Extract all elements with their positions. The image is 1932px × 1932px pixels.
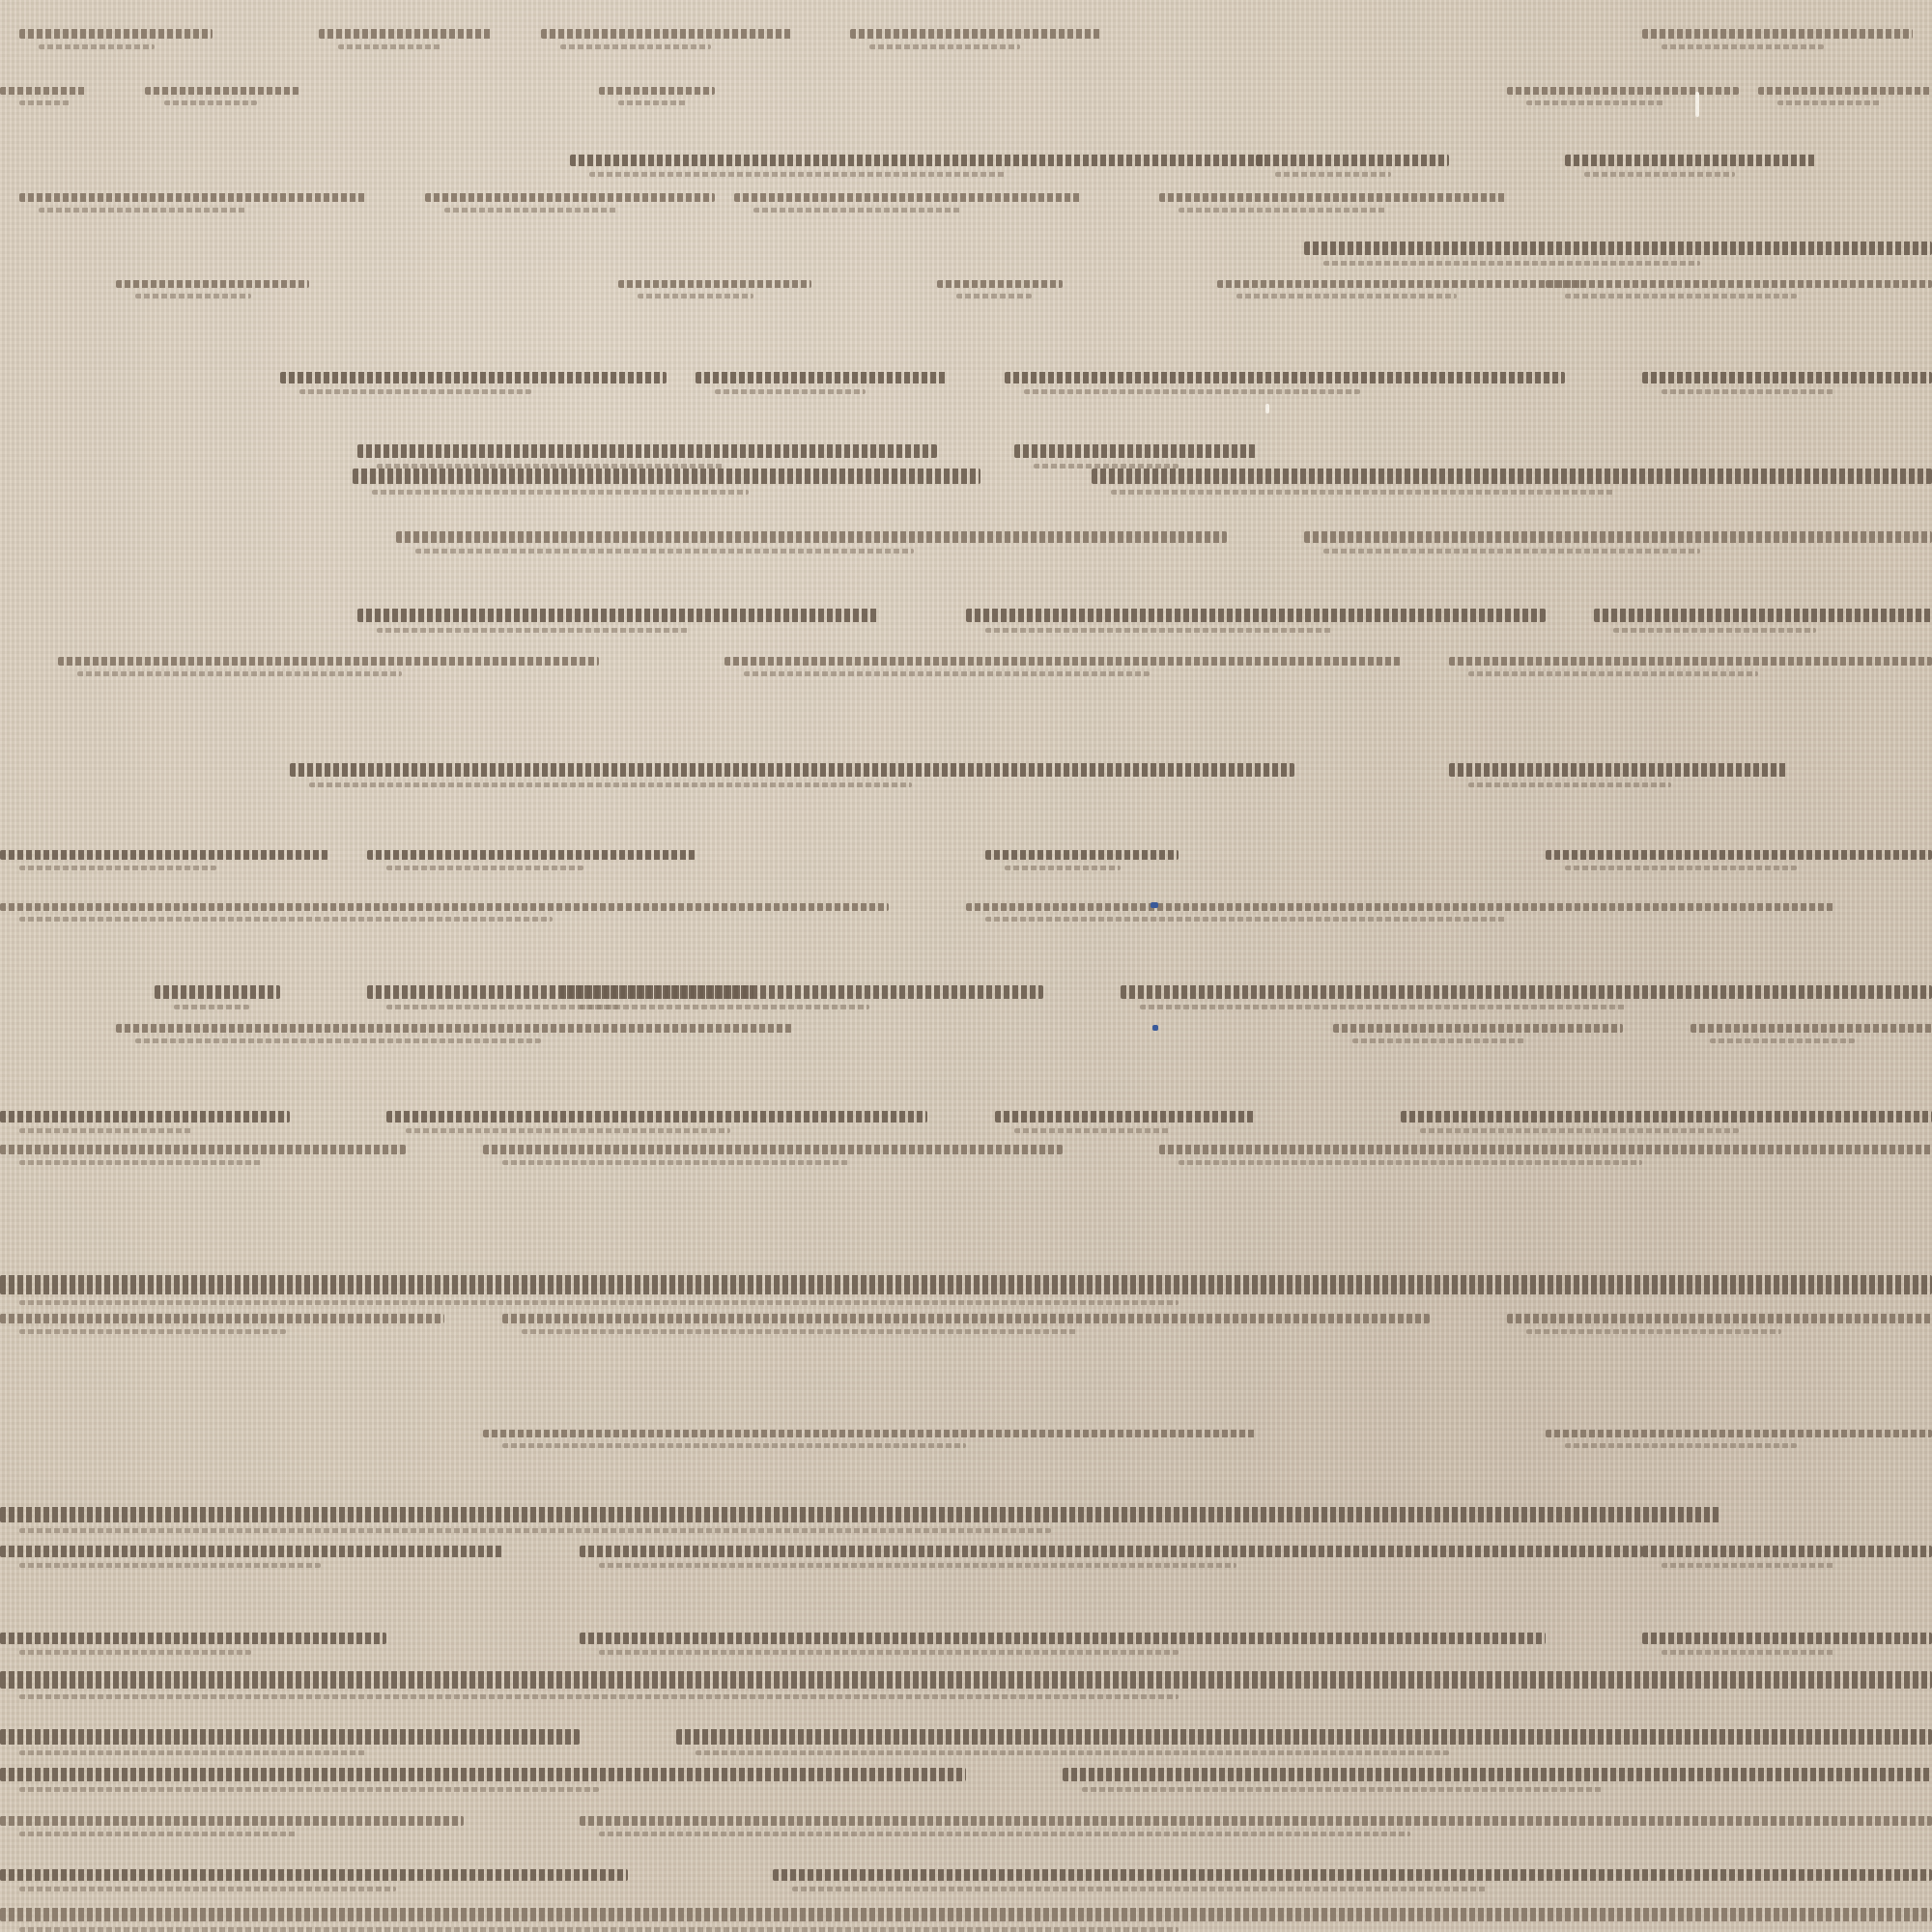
- pattern-streak-fringe: [599, 1650, 1179, 1655]
- pattern-streak: [1159, 1145, 1932, 1154]
- white-fiber-fleck: [1265, 404, 1269, 413]
- pattern-streak-fringe: [1111, 490, 1615, 495]
- pattern-streak-fringe: [1777, 100, 1882, 105]
- pattern-streak-fringe: [39, 44, 155, 49]
- pattern-streak-fringe: [1526, 100, 1665, 105]
- pattern-streak-fringe: [135, 294, 251, 298]
- pattern-streak: [1256, 155, 1449, 166]
- pattern-streak-fringe: [19, 1927, 1179, 1932]
- pattern-streak-fringe: [77, 671, 402, 676]
- pattern-streak: [1546, 1430, 1932, 1437]
- pattern-streak-fringe: [1526, 1329, 1781, 1334]
- pattern-streak: [483, 1430, 1256, 1437]
- pattern-streak: [1758, 87, 1932, 95]
- pattern-streak-fringe: [19, 100, 71, 105]
- pattern-streak-fringe: [19, 1694, 1179, 1699]
- pattern-streak-fringe: [985, 917, 1507, 922]
- pattern-streak-fringe: [1179, 1160, 1642, 1165]
- pattern-streak: [116, 1024, 792, 1033]
- pattern-streak-fringe: [985, 628, 1333, 633]
- pattern-streak: [1507, 1314, 1932, 1323]
- pattern-streak-fringe: [715, 389, 866, 394]
- pattern-streak: [0, 1908, 1932, 1921]
- pattern-streak-fringe: [338, 44, 442, 49]
- pattern-streak: [0, 1314, 444, 1323]
- pattern-streak-fringe: [1565, 294, 1797, 298]
- pattern-streak: [599, 87, 715, 95]
- pattern-streak: [724, 657, 1401, 666]
- pattern-streak-fringe: [39, 208, 247, 213]
- pattern-streak: [676, 1729, 1932, 1745]
- pattern-streak: [966, 609, 1546, 622]
- pattern-streak: [0, 1729, 580, 1745]
- pattern-streak: [580, 1633, 1546, 1644]
- pattern-streak-fringe: [869, 44, 1020, 49]
- pattern-streak: [1304, 531, 1932, 543]
- blue-fiber-fleck: [1152, 1025, 1158, 1031]
- pattern-streak: [1217, 280, 1584, 288]
- pattern-streak-fringe: [1662, 389, 1835, 394]
- pattern-streak: [580, 1816, 1932, 1826]
- pattern-streak: [116, 280, 309, 288]
- pattern-streak-fringe: [299, 389, 531, 394]
- pattern-streak-fringe: [19, 1750, 367, 1755]
- pattern-streak-fringe: [19, 1832, 298, 1836]
- pattern-streak-fringe: [19, 1528, 1051, 1533]
- pattern-streak: [1594, 609, 1932, 622]
- pattern-streak: [1690, 1024, 1932, 1033]
- pattern-streak: [0, 1816, 464, 1826]
- pattern-streak: [0, 1671, 1932, 1689]
- pattern-streak: [1005, 372, 1565, 384]
- pattern-streak-fringe: [406, 1128, 730, 1133]
- pattern-streak-fringe: [1179, 208, 1387, 213]
- pattern-streak: [0, 1768, 966, 1781]
- pattern-streak: [1401, 1111, 1932, 1122]
- pattern-streak: [0, 87, 87, 95]
- rug-pattern: [0, 0, 1932, 1932]
- pattern-streak: [396, 531, 1227, 543]
- pattern-streak-fringe: [377, 628, 690, 633]
- pattern-streak-fringe: [696, 1750, 1449, 1755]
- pattern-streak: [1565, 155, 1816, 166]
- pattern-streak: [1642, 29, 1913, 39]
- pattern-streak: [1449, 657, 1932, 666]
- pattern-streak: [773, 1869, 1932, 1881]
- pattern-streak-fringe: [580, 1005, 869, 1009]
- pattern-streak-fringe: [1140, 1005, 1627, 1009]
- pattern-streak-fringe: [19, 1128, 193, 1133]
- pattern-streak: [1063, 1768, 1932, 1781]
- pattern-streak: [560, 985, 1043, 999]
- pattern-streak: [696, 372, 947, 384]
- pattern-streak-fringe: [792, 1887, 1488, 1891]
- pattern-streak: [386, 1111, 927, 1122]
- pattern-streak: [0, 1111, 290, 1122]
- pattern-streak: [0, 1869, 628, 1881]
- pattern-streak-fringe: [309, 782, 912, 787]
- pattern-streak-fringe: [502, 1443, 966, 1448]
- pattern-streak: [1014, 444, 1256, 458]
- pattern-streak-fringe: [744, 671, 1150, 676]
- pattern-streak-fringe: [1323, 549, 1700, 554]
- pattern-streak-fringe: [522, 1329, 1078, 1334]
- pattern-streak-fringe: [956, 294, 1032, 298]
- pattern-streak-fringe: [1082, 1787, 1604, 1792]
- pattern-streak: [541, 29, 792, 39]
- blue-fiber-fleck: [1151, 902, 1158, 908]
- pattern-streak-fringe: [599, 1832, 1410, 1836]
- pattern-streak-fringe: [1662, 44, 1824, 49]
- pattern-streak-fringe: [19, 866, 216, 870]
- pattern-streak-fringe: [1710, 1038, 1855, 1043]
- pattern-streak: [1092, 469, 1932, 484]
- pattern-streak-fringe: [19, 1300, 1179, 1305]
- pattern-streak: [502, 1314, 1430, 1323]
- pattern-streak: [985, 850, 1179, 860]
- pattern-streak-fringe: [19, 1563, 321, 1568]
- pattern-streak-fringe: [386, 866, 583, 870]
- pattern-streak: [0, 1633, 386, 1644]
- pattern-streak-fringe: [638, 294, 753, 298]
- pattern-streak: [937, 280, 1063, 288]
- pattern-streak-fringe: [1014, 1128, 1171, 1133]
- pattern-streak-fringe: [1420, 1128, 1739, 1133]
- pattern-streak: [1159, 193, 1507, 202]
- pattern-streak: [280, 372, 667, 384]
- pattern-streak-fringe: [1275, 172, 1391, 177]
- pattern-streak: [357, 444, 937, 458]
- pattern-streak-fringe: [1565, 866, 1797, 870]
- pattern-streak: [58, 657, 599, 666]
- pattern-streak-fringe: [753, 208, 962, 213]
- pattern-streak-fringe: [1323, 261, 1700, 266]
- pattern-streak-fringe: [19, 917, 553, 922]
- pattern-streak-fringe: [372, 490, 749, 495]
- pattern-streak: [966, 903, 1835, 911]
- pattern-streak-fringe: [19, 1650, 251, 1655]
- pattern-streak-fringe: [1468, 782, 1671, 787]
- pattern-streak-fringe: [618, 100, 688, 105]
- pattern-streak-fringe: [1584, 172, 1735, 177]
- pattern-streak: [367, 850, 696, 860]
- pattern-streak-fringe: [19, 1887, 396, 1891]
- pattern-streak: [1507, 87, 1739, 95]
- pattern-streak: [319, 29, 493, 39]
- pattern-streak-fringe: [1613, 628, 1816, 633]
- pattern-streak: [1121, 985, 1932, 999]
- pattern-streak: [1333, 1024, 1623, 1033]
- pattern-streak-fringe: [589, 172, 1007, 177]
- pattern-streak: [19, 193, 367, 202]
- pattern-streak: [145, 87, 299, 95]
- pattern-streak-fringe: [19, 1160, 263, 1165]
- pattern-streak: [0, 1507, 1719, 1522]
- pattern-streak: [1449, 763, 1787, 777]
- pattern-streak-fringe: [560, 44, 711, 49]
- pattern-streak-fringe: [135, 1038, 541, 1043]
- pattern-streak-fringe: [174, 1005, 249, 1009]
- pattern-streak-fringe: [164, 100, 257, 105]
- pattern-streak: [425, 193, 715, 202]
- pattern-streak-fringe: [1468, 671, 1758, 676]
- pattern-streak-fringe: [415, 549, 914, 554]
- pattern-streak: [580, 1546, 1642, 1557]
- pattern-streak: [1642, 372, 1932, 384]
- pattern-streak: [0, 1145, 406, 1154]
- pattern-streak-fringe: [1024, 389, 1360, 394]
- pattern-streak: [353, 469, 980, 484]
- pattern-streak: [0, 1275, 1932, 1294]
- pattern-streak-fringe: [1662, 1650, 1835, 1655]
- rug-photograph: Close-up of a hand-knotted rug with abst…: [0, 0, 1932, 1932]
- pattern-streak: [0, 850, 328, 860]
- pattern-streak: [357, 609, 879, 622]
- pattern-streak-fringe: [1352, 1038, 1526, 1043]
- pattern-streak: [570, 155, 1265, 166]
- white-fiber-fleck: [1695, 92, 1699, 117]
- pattern-streak-fringe: [502, 1160, 850, 1165]
- pattern-streak-fringe: [19, 1787, 599, 1792]
- pattern-streak-fringe: [1236, 294, 1457, 298]
- pattern-streak: [1642, 1546, 1932, 1557]
- pattern-streak: [0, 1546, 502, 1557]
- pattern-streak: [1546, 280, 1932, 288]
- pattern-streak: [618, 280, 811, 288]
- pattern-streak-fringe: [599, 1563, 1236, 1568]
- pattern-streak-fringe: [1565, 1443, 1797, 1448]
- pattern-streak: [1304, 241, 1932, 255]
- pattern-streak: [734, 193, 1082, 202]
- pattern-streak: [19, 29, 213, 39]
- pattern-streak-fringe: [1005, 866, 1121, 870]
- pattern-streak-fringe: [1662, 1563, 1835, 1568]
- pattern-streak: [483, 1145, 1063, 1154]
- pattern-streak-fringe: [444, 208, 618, 213]
- pattern-streak: [1546, 850, 1932, 860]
- pattern-streak: [290, 763, 1294, 777]
- pattern-streak: [155, 985, 280, 999]
- pattern-streak: [1642, 1633, 1932, 1644]
- pattern-streak: [0, 903, 889, 911]
- pattern-streak-fringe: [19, 1329, 286, 1334]
- pattern-streak: [850, 29, 1101, 39]
- pattern-streak: [995, 1111, 1256, 1122]
